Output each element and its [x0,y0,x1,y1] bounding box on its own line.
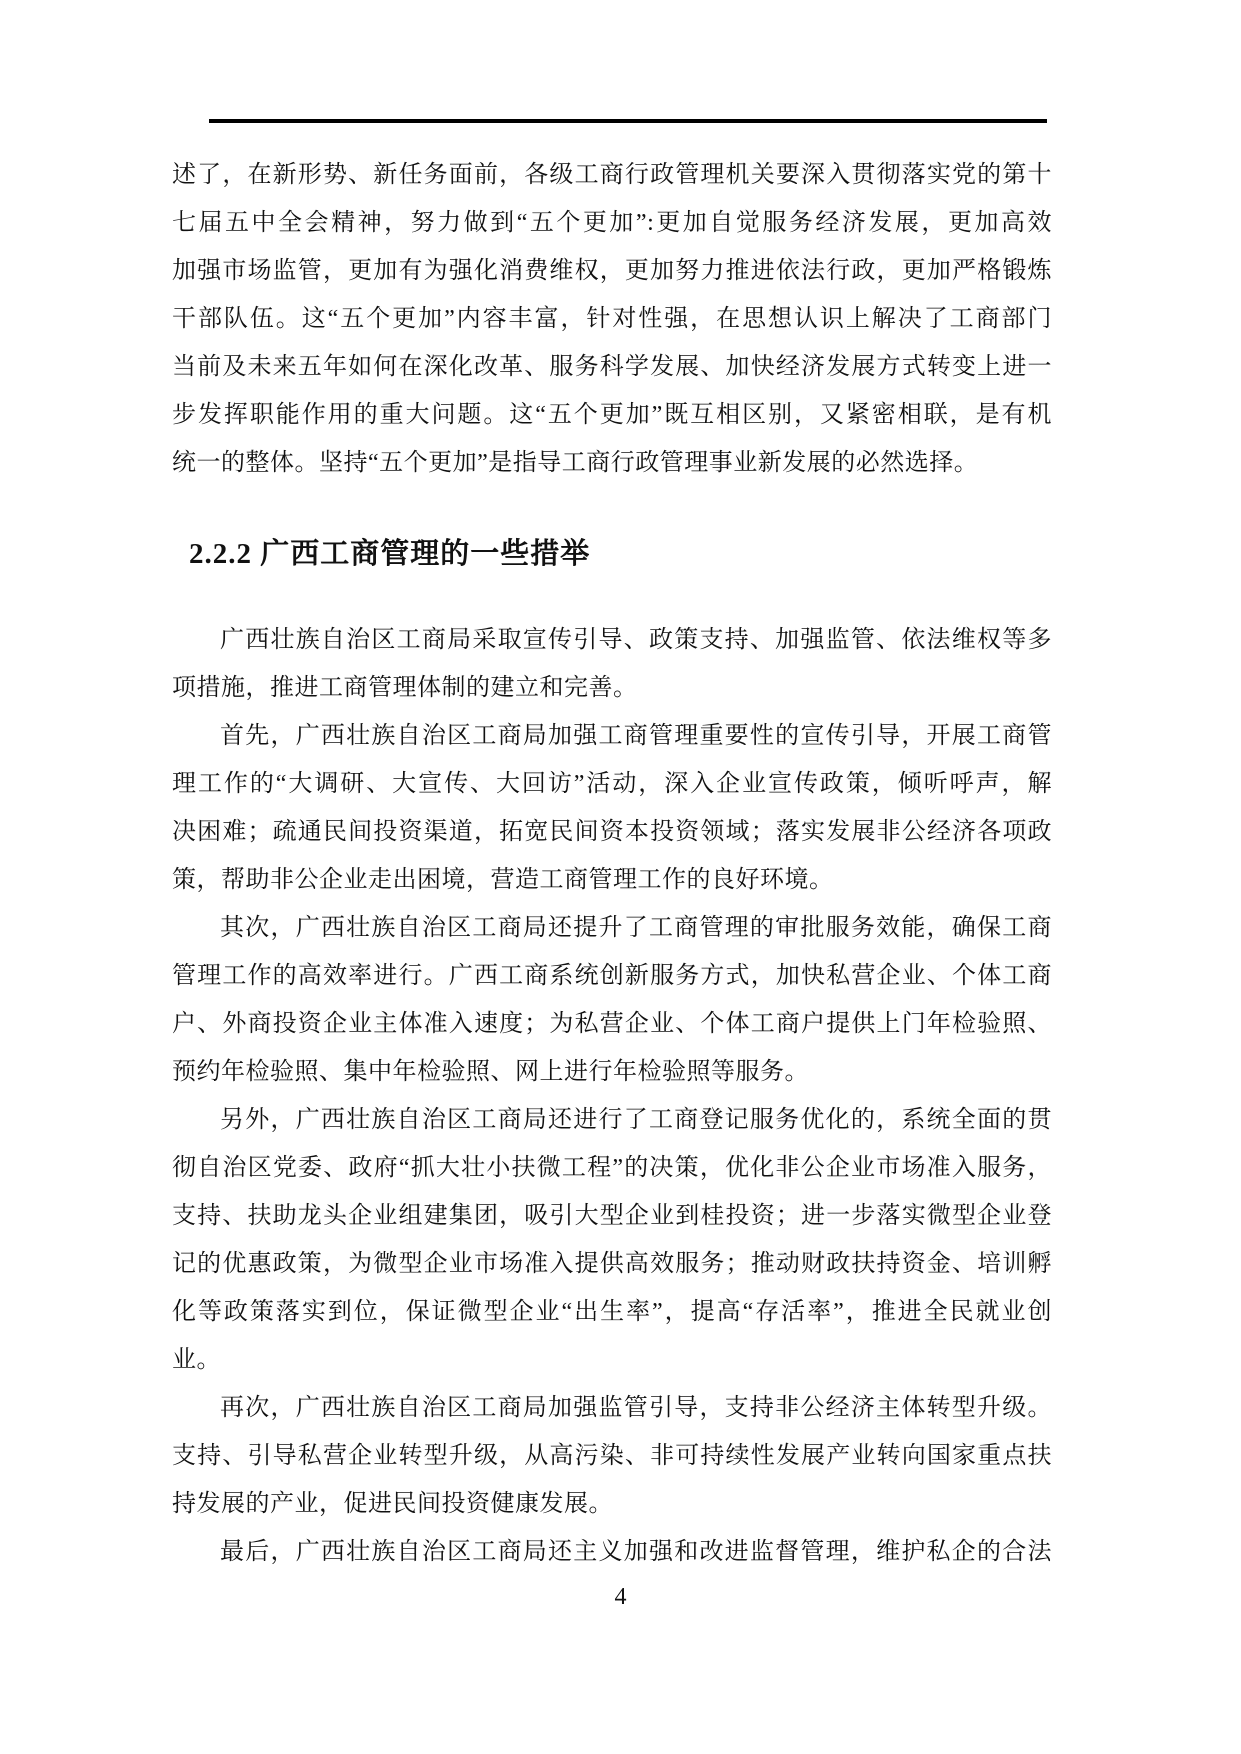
text-line: 干部队伍。这“五个更加”内容丰富，针对性强，在思想认识上解决了工商部门 [172,295,1052,343]
section-heading: 2.2.2 广西工商管理的一些措举 [172,530,1052,578]
text-line: 持发展的产业，促进民间投资健康发展。 [172,1480,1052,1528]
header-rule [209,119,1047,123]
text-line: 化等政策落实到位，保证微型企业“出生率”，提高“存活率”，推进全民就业创 [172,1288,1052,1336]
text-line: 其次，广西壮族自治区工商局还提升了工商管理的审批服务效能，确保工商 [172,904,1052,952]
text-line: 预约年检验照、集中年检验照、网上进行年检验照等服务。 [172,1048,1052,1096]
text-line: 最后，广西壮族自治区工商局还主义加强和改进监督管理，维护私企的合法 [172,1528,1052,1576]
text-line: 广西壮族自治区工商局采取宣传引导、政策支持、加强监管、依法维权等多 [172,616,1052,664]
text-line: 述了，在新形势、新任务面前，各级工商行政管理机关要深入贯彻落实党的第十 [172,151,1052,199]
text-line: 步发挥职能作用的重大问题。这“五个更加”既互相区别，又紧密相联，是有机 [172,391,1052,439]
paragraph: 最后，广西壮族自治区工商局还主义加强和改进监督管理，维护私企的合法 [172,1528,1052,1576]
paragraph: 述了，在新形势、新任务面前，各级工商行政管理机关要深入贯彻落实党的第十七届五中全… [172,151,1052,487]
text-line: 彻自治区党委、政府“抓大壮小扶微工程”的决策，优化非公企业市场准入服务， [172,1144,1052,1192]
text-line: 再次，广西壮族自治区工商局加强监管引导，支持非公经济主体转型升级。 [172,1384,1052,1432]
text-line: 户、外商投资企业主体准入速度；为私营企业、个体工商户提供上门年检验照、 [172,1000,1052,1048]
text-line: 项措施，推进工商管理体制的建立和完善。 [172,664,1052,712]
text-line: 支持、引导私营企业转型升级，从高污染、非可持续性发展产业转向国家重点扶 [172,1432,1052,1480]
page-number: 4 [0,1583,1241,1611]
paragraph: 另外，广西壮族自治区工商局还进行了工商登记服务优化的，系统全面的贯彻自治区党委、… [172,1096,1052,1384]
paragraph: 广西壮族自治区工商局采取宣传引导、政策支持、加强监管、依法维权等多项措施，推进工… [172,616,1052,712]
document-body: 述了，在新形势、新任务面前，各级工商行政管理机关要深入贯彻落实党的第十七届五中全… [172,151,1052,1576]
text-line: 决困难；疏通民间投资渠道，拓宽民间资本投资领域；落实发展非公经济各项政 [172,808,1052,856]
text-line: 业。 [172,1336,1052,1384]
paragraph: 首先，广西壮族自治区工商局加强工商管理重要性的宣传引导，开展工商管理工作的“大调… [172,712,1052,904]
text-line: 支持、扶助龙头企业组建集团，吸引大型企业到桂投资；进一步落实微型企业登 [172,1192,1052,1240]
text-line: 策，帮助非公企业走出困境，营造工商管理工作的良好环境。 [172,856,1052,904]
text-line: 记的优惠政策，为微型企业市场准入提供高效服务；推动财政扶持资金、培训孵 [172,1240,1052,1288]
text-line: 统一的整体。坚持“五个更加”是指导工商行政管理事业新发展的必然选择。 [172,439,1052,487]
text-line: 加强市场监管，更加有为强化消费维权，更加努力推进依法行政，更加严格锻炼 [172,247,1052,295]
paragraph: 再次，广西壮族自治区工商局加强监管引导，支持非公经济主体转型升级。支持、引导私营… [172,1384,1052,1528]
text-line: 理工作的“大调研、大宣传、大回访”活动，深入企业宣传政策，倾听呼声，解 [172,760,1052,808]
text-line: 管理工作的高效率进行。广西工商系统创新服务方式，加快私营企业、个体工商 [172,952,1052,1000]
text-line: 另外，广西壮族自治区工商局还进行了工商登记服务优化的，系统全面的贯 [172,1096,1052,1144]
text-line: 七届五中全会精神，努力做到“五个更加”:更加自觉服务经济发展，更加高效 [172,199,1052,247]
document-page: 述了，在新形势、新任务面前，各级工商行政管理机关要深入贯彻落实党的第十七届五中全… [0,0,1241,1754]
text-line: 当前及未来五年如何在深化改革、服务科学发展、加快经济发展方式转变上进一 [172,343,1052,391]
text-line: 首先，广西壮族自治区工商局加强工商管理重要性的宣传引导，开展工商管 [172,712,1052,760]
paragraph: 其次，广西壮族自治区工商局还提升了工商管理的审批服务效能，确保工商管理工作的高效… [172,904,1052,1096]
